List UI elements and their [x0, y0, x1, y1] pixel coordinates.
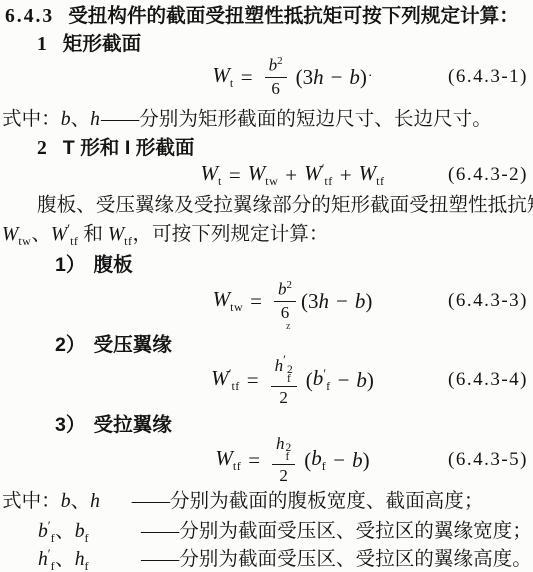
formula-6-4-3-5: Wtf = h2f 2 (bf − b) (6.4.3-5) [0, 435, 533, 485]
formula-6-4-3-1: Wt = b2 6 (3h − b)· (6.4.3-1) [0, 54, 533, 100]
equation-body: Wtf = h2f 2 (bf − b) [215, 435, 369, 485]
subitem-tens-flange-number: 3） [55, 414, 86, 436]
scan-mark: · [368, 69, 373, 85]
paragraph-line-1: 腹板、受压翼缘及受拉翼缘部分的矩形截面受扭塑性抵抗矩 [37, 194, 533, 218]
equation-number: (6.4.3-3) [448, 290, 528, 312]
subitem-tens-flange-heading: 3）受拉翼缘 [55, 414, 172, 438]
item-2-title: T 形和 I 形截面 [63, 137, 195, 159]
fraction: b2 6 [265, 56, 287, 97]
paragraph-line-2: Wtw、W′tf 和 Wtf，可按下列规定计算： [2, 221, 328, 248]
formula-6-4-3-2: Wt = Wtw + W′tf + Wtf (6.4.3-2) [0, 160, 533, 190]
clause-title: 受扭构件的截面受扭塑性抵抗矩可按下列规定计算： [68, 5, 519, 27]
subitem-web-number: 1） [55, 254, 86, 276]
subitem-comp-flange-title: 受压翼缘 [94, 334, 172, 356]
scan-artifact: z [286, 321, 290, 332]
item-2-heading: 2T 形和 I 形截面 [37, 137, 195, 161]
formula-6-4-3-3: Wtw = b2 6 (3h − b) (6.4.3-3) [0, 278, 533, 324]
item-1-number: 1 [37, 34, 47, 55]
fraction: b2 6 [274, 280, 296, 321]
fraction: h2f 2 [272, 435, 295, 485]
subitem-comp-flange-number: 2） [55, 334, 86, 356]
subitem-web-title: 腹板 [94, 254, 133, 276]
document-page: 6.4.3受扭构件的截面受扭塑性抵抗矩可按下列规定计算： 1矩形截面 Wt = … [0, 0, 533, 572]
symbol-note-bf: b′f、bf——分别为截面受压区、受拉区的翼缘宽度； [38, 518, 532, 545]
clause-heading: 6.4.3受扭构件的截面受扭塑性抵抗矩可按下列规定计算： [5, 5, 519, 29]
equation-body: Wt = b2 6 (3h − b)· [212, 56, 372, 97]
subitem-tens-flange-title: 受拉翼缘 [94, 414, 172, 436]
equation-number: (6.4.3-4) [448, 369, 528, 391]
item-1-title: 矩形截面 [63, 33, 141, 55]
item-2-number: 2 [37, 138, 47, 159]
formula-6-4-3-4: W′tf = h′2f 2 (b′f − b) (6.4.3-4) [0, 355, 533, 405]
equation-number: (6.4.3-2) [448, 164, 528, 186]
clause-number: 6.4.3 [5, 6, 54, 27]
equation-body: Wtw = b2 6 (3h − b) [213, 280, 373, 321]
equation-body: W′tf = h′2f 2 (b′f − b) [211, 353, 374, 407]
subitem-web-heading: 1）腹板 [55, 254, 133, 278]
equation-body: Wt = Wtw + W′tf + Wtf [201, 161, 385, 189]
symbol-note-1: 式中：b、h——分别为矩形截面的短边尺寸、长边尺寸。 [2, 108, 492, 132]
fraction: h′2f 2 [271, 353, 297, 407]
subitem-comp-flange-heading: 2）受压翼缘 [55, 334, 172, 358]
equation-number: (6.4.3-5) [448, 449, 528, 471]
item-1-heading: 1矩形截面 [37, 33, 141, 57]
symbol-note-hf: h′f、hf——分别为截面受压区、受拉区的翼缘高度。 [38, 546, 532, 572]
symbol-note-b-h: 式中：b、h——分别为截面的腹板宽度、截面高度； [2, 490, 483, 514]
equation-number: (6.4.3-1) [448, 66, 528, 88]
